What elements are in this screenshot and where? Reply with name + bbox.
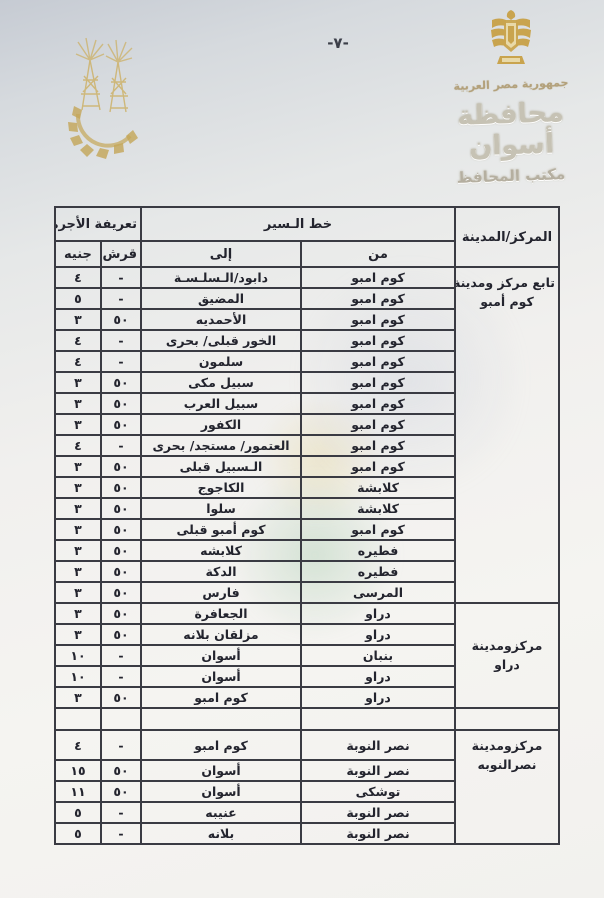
fare-pounds-cell: ١١ <box>55 781 101 802</box>
center-city-cell: مركزومدينةدراو <box>455 603 559 708</box>
fare-pounds-cell: ٣ <box>55 414 101 435</box>
fare-piastres-cell: ٥٠ <box>101 781 141 802</box>
fare-piastres-cell: ٥٠ <box>101 624 141 645</box>
route-to-cell: أسوان <box>141 666 301 687</box>
route-to-cell: سلمون <box>141 351 301 372</box>
route-from-cell: كوم امبو <box>301 435 455 456</box>
fare-piastres-cell: ٥٠ <box>101 309 141 330</box>
table-gap-row <box>55 708 559 730</box>
fare-pounds-cell: ٥ <box>55 823 101 844</box>
route-from-cell: دراو <box>301 666 455 687</box>
letterhead-country: جمهورية مصر العربية <box>426 75 596 94</box>
route-to-cell: الكفور <box>141 414 301 435</box>
fare-piastres-cell: ٥٠ <box>101 540 141 561</box>
fare-piastres-cell: ٥٠ <box>101 561 141 582</box>
egypt-eagle-icon <box>488 8 534 74</box>
route-to-cell: كوم امبو <box>141 687 301 708</box>
route-from-cell: بنبان <box>301 645 455 666</box>
fare-pounds-cell: ٣ <box>55 561 101 582</box>
header-route: خط الـسير <box>141 207 455 241</box>
fare-table: المركز/المدينة خط الـسير تعريفة الأجرة م… <box>54 206 560 845</box>
route-from-cell: كوم امبو <box>301 456 455 477</box>
route-from-cell: المرسى <box>301 582 455 603</box>
route-to-cell: أسوان <box>141 645 301 666</box>
fare-pounds-cell: ٣ <box>55 603 101 624</box>
route-to-cell: العتمور/ مستجد/ بحرى <box>141 435 301 456</box>
header-from: من <box>301 241 455 267</box>
route-to-cell: الـسبيل قبلى <box>141 456 301 477</box>
gap-cell <box>101 708 141 730</box>
route-to-cell: كوم امبو <box>141 730 301 760</box>
fare-pounds-cell: ٣ <box>55 498 101 519</box>
center-city-cell: مركزومدينةنصرالنوبه <box>455 730 559 844</box>
fare-piastres-cell: ٥٠ <box>101 760 141 781</box>
route-to-cell: الخور قبلى/ بحرى <box>141 330 301 351</box>
fare-pounds-cell: ٣ <box>55 372 101 393</box>
letterhead-office: مكتب المحافظ <box>426 164 597 188</box>
fare-piastres-cell: ٥٠ <box>101 456 141 477</box>
route-from-cell: فطيره <box>301 540 455 561</box>
fare-piastres-cell: - <box>101 802 141 823</box>
fare-piastres-cell: ٥٠ <box>101 393 141 414</box>
route-to-cell: أسوان <box>141 760 301 781</box>
route-to-cell: سبيل العرب <box>141 393 301 414</box>
fare-piastres-cell: - <box>101 823 141 844</box>
header-to: إلى <box>141 241 301 267</box>
header-fare-tariff: تعريفة الأجرة <box>55 207 141 241</box>
route-to-cell: فارس <box>141 582 301 603</box>
scanned-document-page: -٧- <box>0 0 604 898</box>
fare-piastres-cell: - <box>101 435 141 456</box>
route-from-cell: كوم امبو <box>301 351 455 372</box>
route-from-cell: كوم امبو <box>301 519 455 540</box>
fare-piastres-cell: - <box>101 288 141 309</box>
route-to-cell: بلانه <box>141 823 301 844</box>
fare-piastres-cell: ٥٠ <box>101 582 141 603</box>
fare-piastres-cell: - <box>101 645 141 666</box>
fare-pounds-cell: ١٠ <box>55 645 101 666</box>
header-pounds: جنيه <box>55 241 101 267</box>
fare-piastres-cell: ٥٠ <box>101 477 141 498</box>
route-to-cell: مزلقان بلانه <box>141 624 301 645</box>
route-from-cell: كوم امبو <box>301 267 455 288</box>
fare-pounds-cell: ٣ <box>55 393 101 414</box>
fare-piastres-cell: ٥٠ <box>101 414 141 435</box>
fare-pounds-cell: ٥ <box>55 802 101 823</box>
route-to-cell: سبيل مكى <box>141 372 301 393</box>
fare-pounds-cell: ٣ <box>55 582 101 603</box>
fare-piastres-cell: - <box>101 730 141 760</box>
fare-piastres-cell: - <box>101 330 141 351</box>
fare-pounds-cell: ٤ <box>55 730 101 760</box>
route-to-cell: دابود/الـسلـسـة <box>141 267 301 288</box>
fare-pounds-cell: ٣ <box>55 519 101 540</box>
route-to-cell: كوم أمبو قبلى <box>141 519 301 540</box>
fare-pounds-cell: ٥ <box>55 288 101 309</box>
fare-pounds-cell: ٤ <box>55 435 101 456</box>
fare-piastres-cell: ٥٠ <box>101 519 141 540</box>
gap-cell <box>301 708 455 730</box>
route-from-cell: توشكى <box>301 781 455 802</box>
letterhead-governorate: محافظة أسوان <box>425 96 597 164</box>
letterhead: جمهورية مصر العربية محافظة أسوان مكتب ال… <box>426 8 596 185</box>
center-city-cell: تابع مركز ومدينةكوم أمبو <box>455 267 559 603</box>
gap-cell <box>141 708 301 730</box>
route-from-cell: كوم امبو <box>301 309 455 330</box>
fare-pounds-cell: ٤ <box>55 351 101 372</box>
page-number: -٧- <box>308 34 368 52</box>
route-from-cell: كوم امبو <box>301 393 455 414</box>
route-from-cell: دراو <box>301 603 455 624</box>
route-from-cell: كلابشة <box>301 498 455 519</box>
gap-cell <box>55 708 101 730</box>
fare-pounds-cell: ٤ <box>55 267 101 288</box>
route-to-cell: الأحمديه <box>141 309 301 330</box>
header-piastres: قرش <box>101 241 141 267</box>
fare-piastres-cell: - <box>101 351 141 372</box>
route-to-cell: أسوان <box>141 781 301 802</box>
route-to-cell: الدكة <box>141 561 301 582</box>
fare-piastres-cell: ٥٠ <box>101 498 141 519</box>
route-to-cell: عنيبه <box>141 802 301 823</box>
route-to-cell: الكاجوج <box>141 477 301 498</box>
fare-piastres-cell: ٥٠ <box>101 603 141 624</box>
fare-row: تابع مركز ومدينةكوم أمبوكوم امبودابود/ال… <box>55 267 559 288</box>
route-from-cell: دراو <box>301 624 455 645</box>
fare-pounds-cell: ٣ <box>55 687 101 708</box>
fare-row: مركزومدينةنصرالنوبهنصر النوبةكوم امبو-٤ <box>55 730 559 760</box>
fare-pounds-cell: ١٠ <box>55 666 101 687</box>
route-from-cell: كوم امبو <box>301 372 455 393</box>
route-from-cell: دراو <box>301 687 455 708</box>
fare-piastres-cell: - <box>101 267 141 288</box>
fare-pounds-cell: ٤ <box>55 330 101 351</box>
fare-pounds-cell: ٣ <box>55 456 101 477</box>
aswan-governorate-emblem-icon <box>56 32 152 176</box>
fare-row: مركزومدينةدراودراوالجعافرة٥٠٣ <box>55 603 559 624</box>
route-to-cell: الجعافرة <box>141 603 301 624</box>
fare-piastres-cell: ٥٠ <box>101 687 141 708</box>
route-from-cell: نصر النوبة <box>301 802 455 823</box>
gap-cell <box>455 708 559 730</box>
route-to-cell: المضيق <box>141 288 301 309</box>
route-from-cell: كلابشة <box>301 477 455 498</box>
fare-pounds-cell: ١٥ <box>55 760 101 781</box>
fare-piastres-cell: - <box>101 666 141 687</box>
fare-pounds-cell: ٣ <box>55 540 101 561</box>
route-from-cell: كوم امبو <box>301 330 455 351</box>
fare-pounds-cell: ٣ <box>55 309 101 330</box>
fare-pounds-cell: ٣ <box>55 624 101 645</box>
route-from-cell: نصر النوبة <box>301 730 455 760</box>
route-from-cell: نصر النوبة <box>301 823 455 844</box>
route-to-cell: سلوا <box>141 498 301 519</box>
fare-pounds-cell: ٣ <box>55 477 101 498</box>
route-from-cell: كوم امبو <box>301 288 455 309</box>
route-to-cell: كلابشه <box>141 540 301 561</box>
route-from-cell: كوم امبو <box>301 414 455 435</box>
fare-piastres-cell: ٥٠ <box>101 372 141 393</box>
route-from-cell: نصر النوبة <box>301 760 455 781</box>
route-from-cell: فطيره <box>301 561 455 582</box>
header-center-city: المركز/المدينة <box>455 207 559 267</box>
fare-table-body: تابع مركز ومدينةكوم أمبوكوم امبودابود/ال… <box>55 267 559 844</box>
